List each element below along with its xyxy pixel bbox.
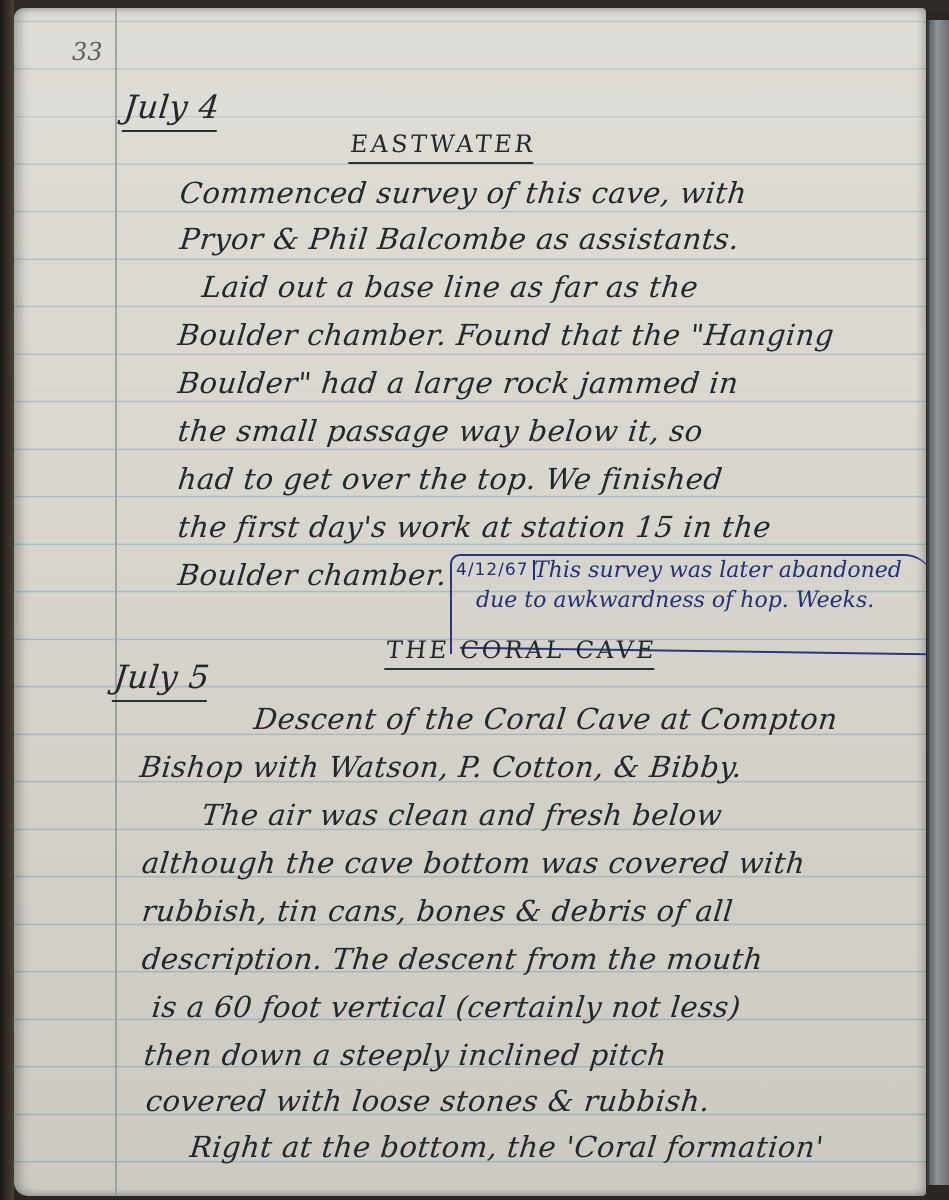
entry-line: Boulder chamber. Found that the "Hanging — [176, 318, 836, 352]
entry-line: description. The descent from the mouth — [140, 942, 765, 976]
annotation-line: due to awkwardness of hop. Weeks. — [476, 588, 874, 613]
entry-line: rubbish, tin cans, bones & debris of all — [140, 894, 735, 928]
entry-line: Descent of the Coral Cave at Compton — [252, 702, 839, 736]
entry-line: Boulder chamber. — [176, 558, 448, 592]
entry-line: is a 60 foot vertical (certainly not les… — [150, 990, 742, 1024]
entry-line: the small passage way below it, so — [176, 414, 705, 448]
entry-line: The air was clean and fresh below — [200, 798, 724, 832]
entry-line: covered with loose stones & rubbish. — [144, 1084, 711, 1118]
entry-line: then down a steeply inclined pitch — [142, 1038, 668, 1072]
entry-line: Right at the bottom, the 'Coral formatio… — [188, 1130, 825, 1164]
entry-line: had to get over the top. We finished — [176, 462, 724, 496]
notebook-page: 33 July 4 EASTWATER Commenced survey of … — [14, 8, 926, 1196]
entry-line: Commenced survey of this cave, with — [178, 176, 748, 210]
annotation-date: 4/12/67 — [456, 560, 535, 580]
entry-date: July 4 — [122, 88, 222, 132]
entry-line: Laid out a base line as far as the — [200, 270, 700, 304]
notebook-spine — [927, 20, 949, 1185]
entry-line: the first day's work at station 15 in th… — [176, 510, 773, 544]
entry-line: Boulder" had a large rock jammed in — [176, 366, 740, 400]
annotation-line: This survey was later abandoned — [534, 558, 902, 583]
entry-heading: The CORAL CAVE — [384, 636, 658, 670]
entry-heading: EASTWATER — [348, 130, 537, 164]
margin-line — [115, 8, 117, 1196]
entry-date: July 5 — [112, 658, 212, 702]
page-number: 33 — [72, 38, 103, 66]
entry-line: although the cave bottom was covered wit… — [140, 846, 807, 880]
entry-line: Pryor & Phil Balcombe as assistants. — [178, 222, 741, 256]
notebook-cover-left — [0, 0, 14, 1200]
entry-line: Bishop with Watson, P. Cotton, & Bibby. — [138, 750, 744, 784]
